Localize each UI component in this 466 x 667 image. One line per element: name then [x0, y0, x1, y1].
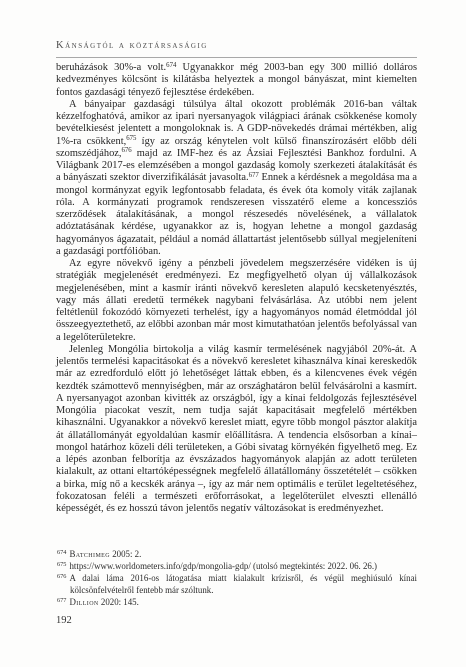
footnote-ref: 674	[166, 62, 176, 69]
footnote-ref: 677	[249, 172, 259, 179]
footnote-ref: 676	[122, 147, 132, 154]
author-smallcaps: Dillion	[69, 597, 98, 607]
footnote-ref: 675	[126, 135, 136, 142]
body-paragraph: A bányaipar gazdasági túlsúlya által oko…	[56, 99, 417, 258]
body-text: beruházások 30%-a volt.674 Ugyanakkor mé…	[56, 62, 417, 515]
author-smallcaps: Batchimeg	[69, 549, 110, 559]
footnotes: 674Batchimeg 2005: 2.675https://www.worl…	[57, 549, 417, 609]
book-page: Kánságtól a köztársaságig beruházások 30…	[0, 0, 466, 667]
page-number: 192	[56, 615, 72, 626]
footnote-item: 677Dillion 2020: 145.	[57, 597, 417, 609]
running-header: Kánságtól a köztársaságig	[56, 35, 417, 58]
footnote-number: 674	[57, 549, 66, 556]
footnote-item: 676A dalai láma 2016-os látogatása miatt…	[57, 573, 417, 597]
footnote-number: 676	[57, 573, 66, 580]
footnote-item: 675https://www.worldometers.info/gdp/mon…	[57, 561, 417, 573]
body-paragraph: Jelenleg Mongólia birtokolja a világ kas…	[56, 344, 417, 516]
footnote-item: 674Batchimeg 2005: 2.	[57, 549, 417, 561]
running-header-title: Kánságtól a köztársaságig	[56, 40, 208, 51]
footnote-number: 677	[57, 597, 66, 604]
body-paragraph: Az egyre növekvő igény a pénzbeli jövede…	[56, 258, 417, 344]
body-paragraph: beruházások 30%-a volt.674 Ugyanakkor mé…	[56, 62, 417, 99]
footnote-number: 675	[57, 561, 66, 568]
